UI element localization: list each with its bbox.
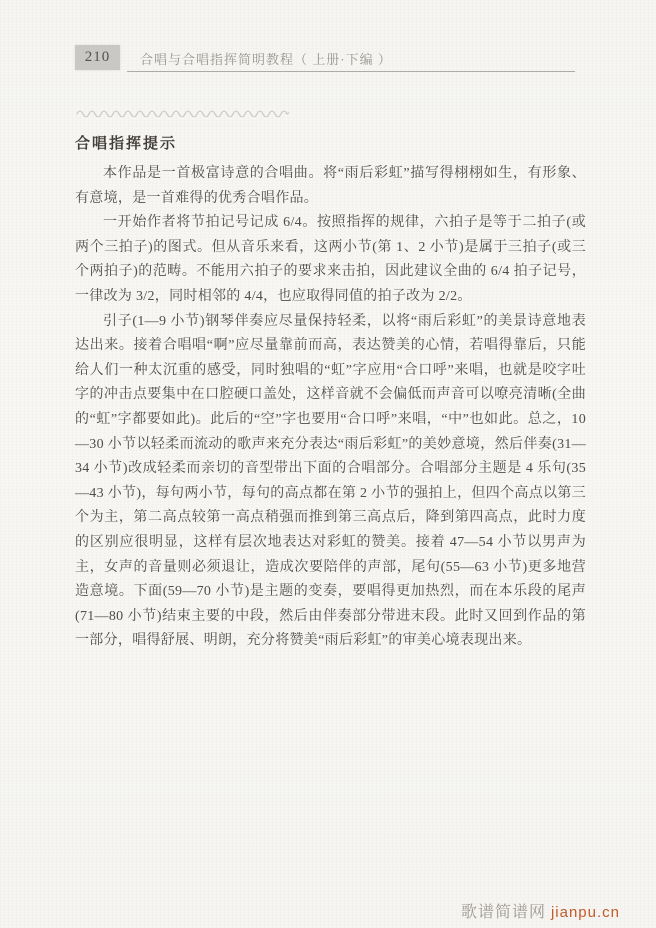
watermark-site-url: jianpu.cn <box>551 904 620 921</box>
watermark: 歌谱简谱网 jianpu.cn <box>461 899 620 922</box>
paragraph-1: 本作品是一首极富诗意的合唱曲。将“雨后彩虹”描写得栩栩如生，有形象、有意境，是一… <box>75 162 586 211</box>
paragraph-2: 一开始作者将节拍记号记成 6/4。按照指挥的规律，六拍子是等于二拍子(或两个三拍… <box>75 211 586 309</box>
running-head: 210 合唱与合唱指挥简明教程（ 上册·下编 ） <box>75 45 575 71</box>
book-title: 合唱与合唱指挥简明教程（ 上册·下编 ） <box>140 49 392 68</box>
wave-divider-icon <box>75 107 289 117</box>
article-body: 合唱指挥提示 本作品是一首极富诗意的合唱曲。将“雨后彩虹”描写得栩栩如生，有形象… <box>75 132 586 654</box>
paragraph-3: 引子(1—9 小节)钢琴伴奏应尽量保持轻柔，以将“雨后彩虹”的美景诗意地表达出来… <box>75 310 586 654</box>
watermark-site-name: 歌谱简谱网 <box>461 904 546 921</box>
header-rule <box>127 71 575 72</box>
section-heading: 合唱指挥提示 <box>75 132 586 153</box>
page-number: 210 <box>75 45 120 70</box>
